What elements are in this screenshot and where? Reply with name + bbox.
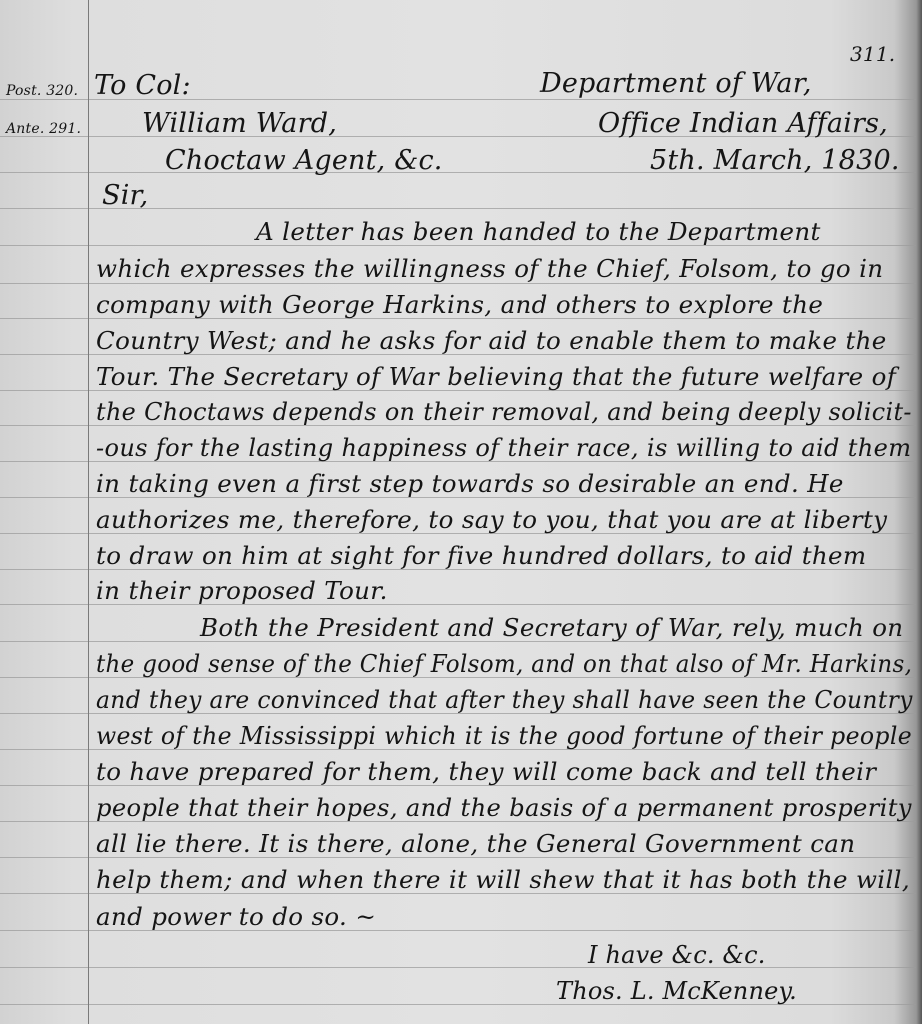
dateline-date: 5th. March, 1830. bbox=[650, 147, 900, 174]
body-line: and they are convinced that after they s… bbox=[96, 688, 913, 713]
ruled-line bbox=[0, 283, 922, 284]
body-line: -ous for the lasting happiness of their … bbox=[96, 436, 911, 461]
dateline-department: Department of War, bbox=[540, 70, 812, 97]
body-line: to draw on him at sight for five hundred… bbox=[96, 544, 866, 569]
body-line: and power to do so. ~ bbox=[96, 905, 376, 930]
dateline-office: Office Indian Affairs, bbox=[598, 110, 888, 137]
body-line: in their proposed Tour. bbox=[96, 579, 388, 604]
signature: Thos. L. McKenney. bbox=[556, 979, 797, 1003]
body-line: west of the Mississippi which it is the … bbox=[96, 724, 912, 749]
body-line: all lie there. It is there, alone, the G… bbox=[96, 832, 855, 857]
body-line: help them; and when there it will shew t… bbox=[96, 868, 910, 893]
body-line: Both the President and Secretary of War,… bbox=[200, 616, 903, 641]
address-line-3: Choctaw Agent, &c. bbox=[165, 147, 443, 174]
margin-rule bbox=[88, 0, 89, 1024]
body-line: authorizes me, therefore, to say to you,… bbox=[96, 508, 887, 533]
body-line: people that their hopes, and the basis o… bbox=[96, 796, 912, 821]
body-line: the good sense of the Chief Folsom, and … bbox=[96, 652, 912, 677]
margin-note-post: Post. 320. bbox=[6, 84, 78, 98]
body-line: A letter has been handed to the Departme… bbox=[256, 220, 821, 245]
body-line: Tour. The Secretary of War believing tha… bbox=[96, 365, 896, 390]
page-edge-shadow bbox=[916, 0, 922, 1024]
margin-note-ante: Ante. 291. bbox=[6, 122, 81, 136]
closing: I have &c. &c. bbox=[588, 943, 766, 967]
salutation: Sir, bbox=[102, 182, 148, 209]
address-line-1: To Col: bbox=[94, 72, 191, 99]
body-line: company with George Harkins, and others … bbox=[96, 293, 823, 318]
letter-page: 311. Post. 320. Ante. 291. To Col: Willi… bbox=[0, 0, 922, 1024]
body-line: which expresses the willingness of the C… bbox=[96, 257, 883, 282]
body-line: in taking even a first step towards so d… bbox=[96, 472, 844, 497]
ruled-line bbox=[0, 967, 922, 968]
address-line-2: William Ward, bbox=[142, 110, 337, 137]
body-line: the Choctaws depends on their removal, a… bbox=[96, 400, 912, 425]
body-line: to have prepared for them, they will com… bbox=[96, 760, 876, 785]
body-line: Country West; and he asks for aid to ena… bbox=[96, 329, 887, 354]
page-number: 311. bbox=[850, 44, 895, 64]
